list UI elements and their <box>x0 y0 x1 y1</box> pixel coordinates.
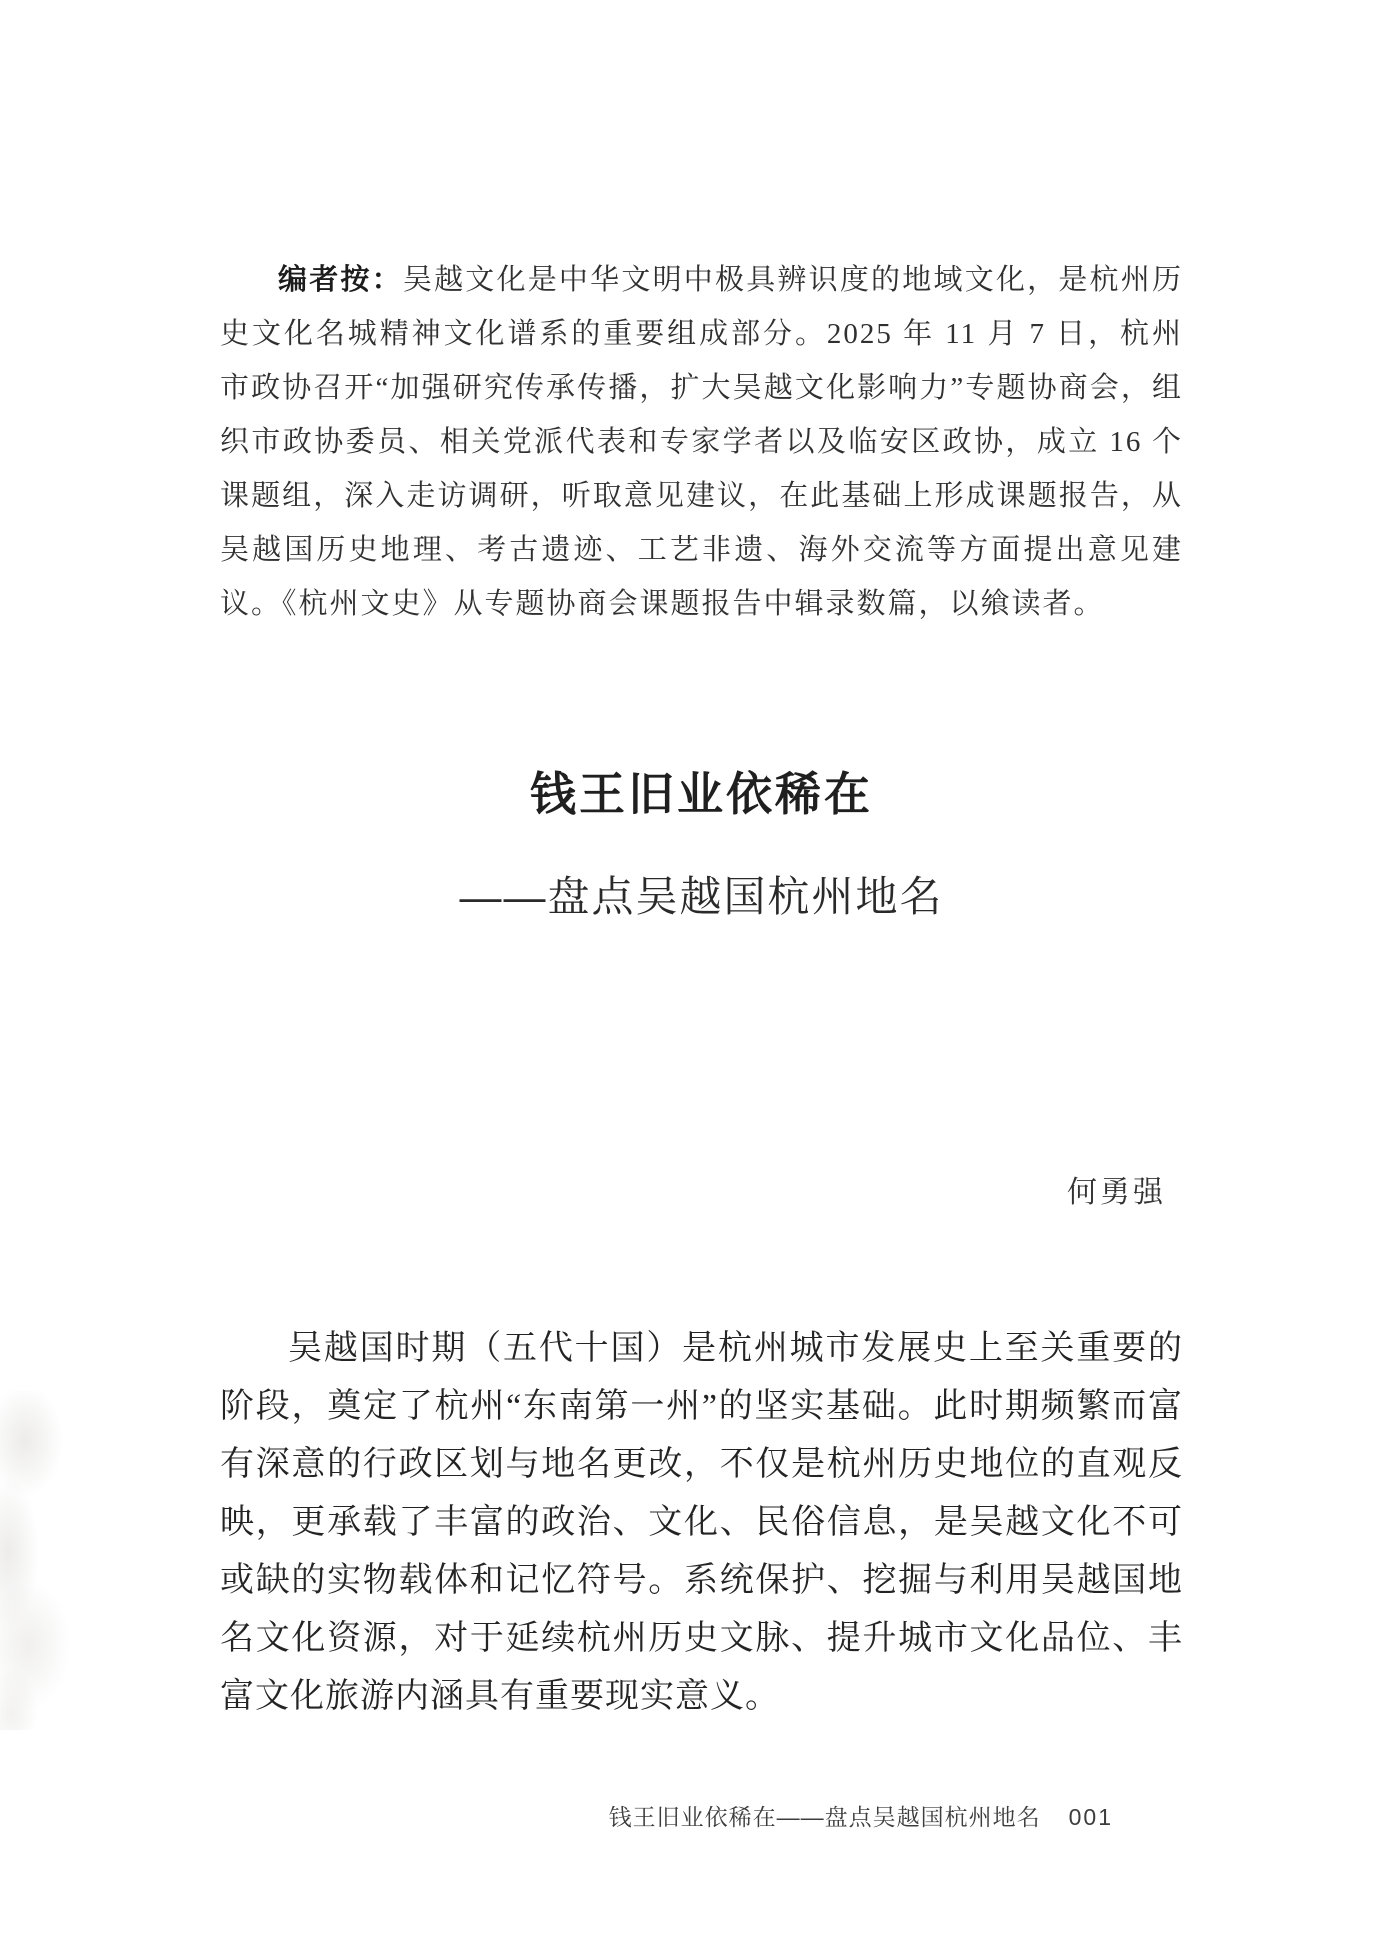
page-footer: 钱王旧业依稀在——盘点吴越国杭州地名001 <box>0 1800 1113 1834</box>
article-title: 钱王旧业依稀在 <box>220 759 1183 829</box>
editor-note-text: 吴越文化是中华文明中极具辨识度的地域文化，是杭州历史文化名城精神文化谱系的重要组… <box>220 264 1183 620</box>
author-name: 何勇强 <box>220 1171 1166 1215</box>
document-page: 编者按：吴越文化是中华文明中极具辨识度的地域文化，是杭州历史文化名城精神文化谱系… <box>0 0 1386 1938</box>
footer-page-number: 001 <box>1069 1800 1113 1834</box>
lead-paragraph: 吴越国时期（五代十国）是杭州城市发展史上至关重要的阶段，奠定了杭州“东南第一州”… <box>220 1320 1183 1726</box>
editor-note-label: 编者按： <box>278 264 403 296</box>
editor-note: 编者按：吴越文化是中华文明中极具辨识度的地域文化，是杭州历史文化名城精神文化谱系… <box>220 253 1183 631</box>
article-subtitle: ——盘点吴越国杭州地名 <box>220 865 1183 929</box>
page-content: 编者按：吴越文化是中华文明中极具辨识度的地域文化，是杭州历史文化名城精神文化谱系… <box>0 253 1386 1726</box>
footer-running-title: 钱王旧业依稀在——盘点吴越国杭州地名 <box>609 1804 1041 1830</box>
